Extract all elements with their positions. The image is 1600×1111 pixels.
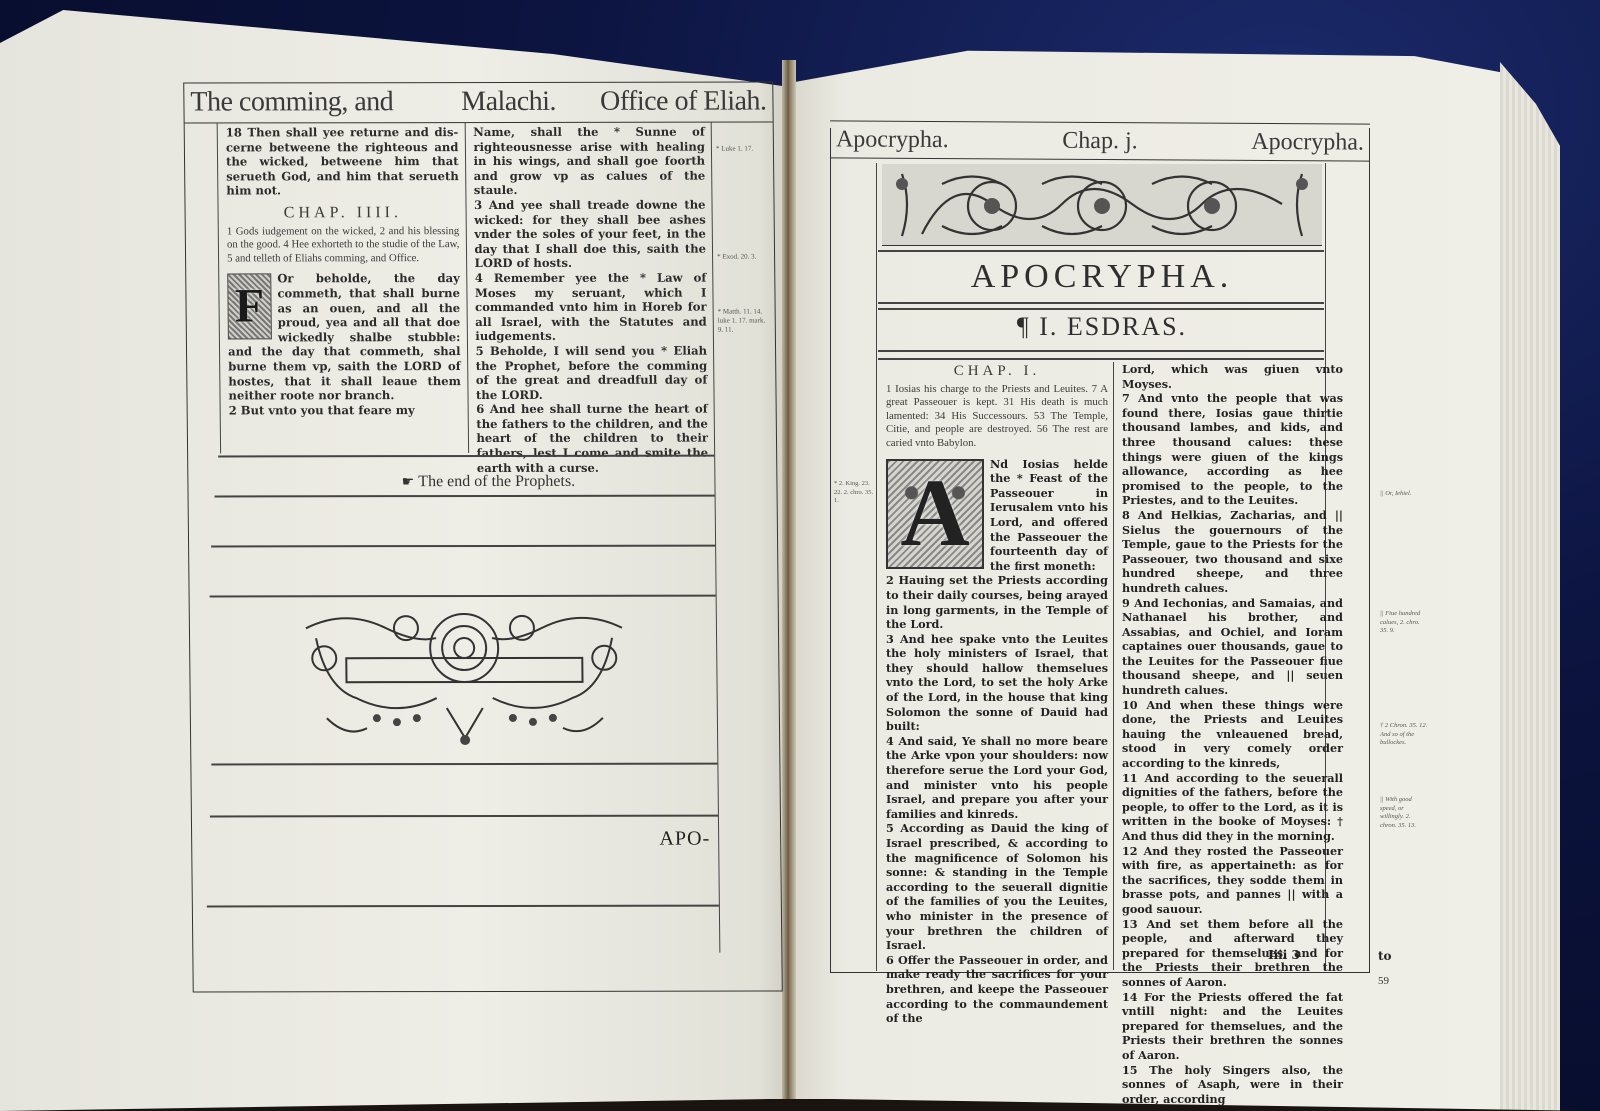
margin-note: || Fiue hundred calues, 2. chro. 35. 9. <box>1380 610 1428 636</box>
chapter-heading: CHAP. I. <box>886 364 1108 379</box>
rule-line <box>878 250 1324 252</box>
rule-line <box>878 302 1324 304</box>
verse-11: 11 And according to the seuerall digniti… <box>1122 771 1343 844</box>
catchword: to <box>1378 949 1392 963</box>
page-edges <box>1500 62 1560 1111</box>
catchword: APO- <box>659 828 710 851</box>
left-running-head: The comming, and Malachi. Office of Elia… <box>184 83 772 124</box>
verse-2-cont: Name, shall the * Sunne of righteousness… <box>473 125 705 198</box>
right-running-head: Apocrypha. Chap. j. Apocrypha. <box>830 120 1370 161</box>
rule-line <box>210 595 716 597</box>
rule-line <box>878 358 1324 360</box>
margin-note: || With good speed, or willingly. 2. chr… <box>1380 796 1428 830</box>
verse-5: 5 Beholde, I will send you * Eliah the P… <box>475 344 707 403</box>
rule-line <box>211 545 715 547</box>
verse-4: 4 Remember yee the * Law of Moses my ser… <box>475 271 707 344</box>
book-title: APOCRYPHA. <box>880 258 1324 296</box>
verse-3: 3 And yee shall treade downe the wicked:… <box>474 198 706 271</box>
margin-note: * Luke 1. 17. <box>716 145 768 154</box>
left-text-columns: 18 Then shall yee returne and dis-cerne … <box>217 123 714 454</box>
pointing-hand-icon: ☛ <box>402 475 415 490</box>
cherub-ornament-icon <box>286 598 644 749</box>
left-margin-note: * 2. King. 23. 22. 2. chro. 35. 1. <box>834 480 874 506</box>
signature-mark: Iiii 3 <box>1268 948 1300 962</box>
decorated-initial-icon: A <box>886 459 984 569</box>
verse-2: 2 Hauing set the Priests according to th… <box>886 573 1108 631</box>
page-number: 59 <box>1378 975 1389 987</box>
verse-15: 15 The holy Singers also, the sonnes of … <box>1122 1063 1343 1107</box>
rule-line <box>211 763 717 765</box>
verse-12: 12 And they rosted the Passeouer with fi… <box>1122 844 1343 917</box>
rule-line <box>878 308 1324 310</box>
margin-note: * Matth. 11. 14. luke 1. 17. mark. 9. 11… <box>718 308 770 335</box>
right-column-1: CHAP. I. 1 Iosias his charge to the Prie… <box>878 362 1113 970</box>
margin-note: * Exod. 20. 3. <box>717 253 769 262</box>
verse-10: 10 And when these things were done, the … <box>1122 698 1343 771</box>
decorated-initial-icon: F <box>227 274 272 340</box>
rule-line <box>207 905 719 907</box>
left-column-2: Name, shall the * Sunne of righteousness… <box>464 123 714 453</box>
verse-6-cont: Lord, which was giuen vnto Moyses. <box>1122 362 1343 391</box>
verse-6: 6 Offer the Passeouer in order, and make… <box>886 953 1108 1026</box>
margin-note: † 2 Chron. 35. 12. And so of the bullock… <box>1380 722 1428 748</box>
right-column-2: Lord, which was giuen vnto Moyses. 7 And… <box>1113 362 1348 970</box>
chapter-summary: 1 Iosias his charge to the Priests and L… <box>886 383 1108 451</box>
verse-4: 4 And said, Ye shall no more beare the A… <box>886 734 1108 822</box>
verse-6: 6 And hee shall turne the heart of the f… <box>476 402 708 475</box>
verse-7: 7 And vnto the people that was found the… <box>1122 391 1343 508</box>
end-of-prophets: ☛The end of the Prophets. <box>338 473 638 492</box>
running-head-center: Chap. j. <box>1062 127 1137 154</box>
chapter-heading: CHAP. IIII. <box>227 206 460 221</box>
right-text-columns: CHAP. I. 1 Iosias his charge to the Prie… <box>878 362 1348 970</box>
rule-line <box>210 815 718 817</box>
verse-9: 9 And Iechonias, and Samaias, and Nathan… <box>1122 596 1343 698</box>
book-subtitle: ¶ I. ESDRAS. <box>880 312 1324 342</box>
verse-8: 8 And Helkias, Zacharias, and || Sielus … <box>1122 508 1343 596</box>
verse-18: 18 Then shall yee returne and dis-cerne … <box>226 125 459 198</box>
running-head-right: Office of Eliah. <box>600 86 767 118</box>
margin-note: || Or, Iehiel. <box>1380 490 1428 499</box>
running-head-left: The comming, and <box>190 86 393 118</box>
verse-2-start: 2 But vnto you that feare my <box>229 403 462 418</box>
running-head-right: Apocrypha. <box>1251 128 1364 156</box>
verse-5: 5 According as Dauid the king of Israel … <box>886 821 1108 952</box>
verse-13: 13 And set them before all the people, a… <box>1122 917 1343 990</box>
end-text: The end of the Prophets. <box>418 473 575 490</box>
left-page-frame: The comming, and Malachi. Office of Elia… <box>183 82 783 993</box>
verse-14: 14 For the Priests offered the fat vntil… <box>1122 990 1343 1063</box>
running-head-center: Malachi. <box>461 86 556 118</box>
running-head-left: Apocrypha. <box>836 126 949 154</box>
left-margin-notes: * Luke 1. 17. * Exod. 20. 3. * Matth. 11… <box>711 123 780 953</box>
left-column-1: 18 Then shall yee returne and dis-cerne … <box>218 123 468 453</box>
open-book: The comming, and Malachi. Office of Elia… <box>0 0 1600 1111</box>
chapter-summary: 1 Gods iudgement on the wicked, 2 and hi… <box>227 225 460 266</box>
floral-ornament-icon <box>882 164 1322 246</box>
rule-line <box>215 495 715 497</box>
rule-line <box>878 350 1324 352</box>
book-gutter <box>782 60 796 1111</box>
verse-3: 3 And hee spake vnto the Leuites the hol… <box>886 632 1108 734</box>
